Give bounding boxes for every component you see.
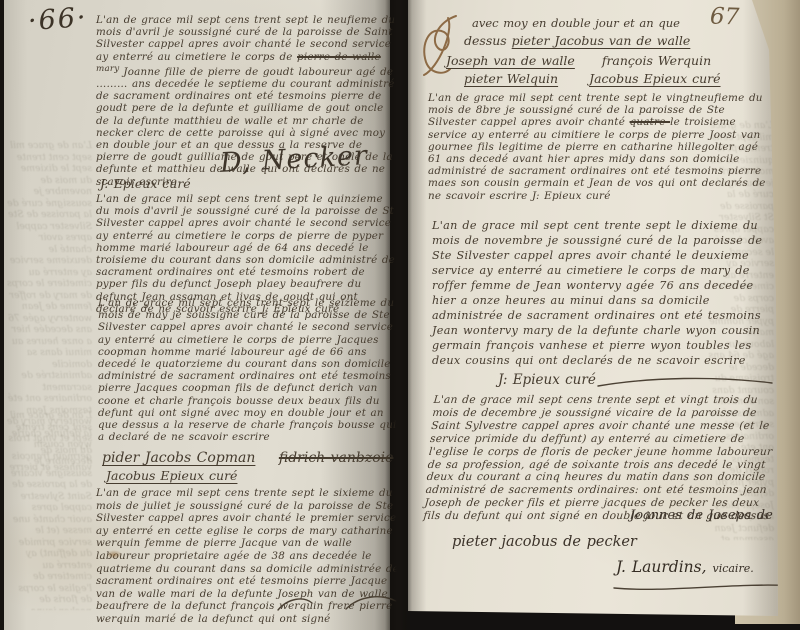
- burial-entry-3: L'an de grace mil sept cens trent sept l…: [98, 297, 400, 443]
- burial-entry-5: L'an de grace mil sept cent trente sept …: [428, 92, 768, 202]
- vicar-signature-title: vicaire.: [712, 562, 753, 575]
- priest-signature: Jacobus Epieux curé: [589, 71, 720, 86]
- inserted-word: mary: [96, 64, 123, 74]
- burial-entry-7: L'an de grace mil sept cens trente sept …: [423, 394, 780, 523]
- manuscript-photo: L'an de grace mil sept cent trente sept …: [0, 0, 800, 630]
- continuation-line: avec moy en double jour et an que: [472, 16, 680, 30]
- page-number-left: ·66·: [27, 2, 89, 37]
- page-number-right: 67: [710, 3, 740, 30]
- witness-signature: Joannes de Josepa de pecker: [630, 508, 800, 523]
- burial-entry-6: L'an de grace mil sept cent trente sept …: [432, 218, 774, 368]
- witness-signatures: Joseph van de walle françois Werquin: [446, 53, 711, 68]
- notary-paraph-icon: [416, 12, 468, 78]
- entry-text: le troisieme service ay enterré au cimit…: [428, 116, 766, 201]
- witness-signatures: pider Jacobs Copman fidrich vanbzoie: [102, 450, 393, 466]
- entry-text: dessus: [464, 33, 512, 48]
- struck-word: quatre: [630, 116, 671, 128]
- priest-attestation: J: Epieux curé: [100, 176, 191, 191]
- bleed-through-text: L'an de grace mil sept cent trente sept …: [6, 140, 92, 470]
- vicar-signature: J. Laurdins, vicaire.: [616, 558, 754, 576]
- witness-signatures: pieter Welquin Jacobus Epieux curé: [464, 71, 721, 86]
- right-page: L'an de grace mil sept cens trent sept l…: [408, 0, 780, 630]
- witness-signature: pieter Jacobus van de walle: [512, 33, 691, 48]
- witness-signature: pieter Welquin: [464, 71, 558, 86]
- ink-flourish: [596, 374, 776, 390]
- witness-signature: fidrich vanbzoie: [279, 450, 394, 466]
- priest-attestation: J: Epieux curé: [498, 372, 596, 388]
- bleed-through-text: L'an de grace mil sept cens trente sept …: [8, 410, 92, 610]
- left-page: L'an de grace mil sept cent trente sept …: [4, 0, 390, 630]
- vicar-signature-name: J. Laurdins,: [616, 558, 707, 576]
- struck-word: pierre de walle: [297, 51, 381, 63]
- ink-stain: [106, 550, 122, 559]
- continuation-line: dessus pieter Jacobus van de walle: [464, 33, 690, 48]
- scan-edge: [0, 0, 4, 630]
- witness-signature: pider Jacobs Copman: [102, 450, 255, 466]
- witness-signature: pieter jacobus de pecker: [452, 534, 637, 550]
- witness-signature: françois Werquin: [602, 53, 711, 68]
- witness-signature: Joseph van de walle: [446, 53, 575, 68]
- ink-flourish: [612, 580, 800, 594]
- priest-signature: Jacobus Epieux curé: [106, 468, 237, 483]
